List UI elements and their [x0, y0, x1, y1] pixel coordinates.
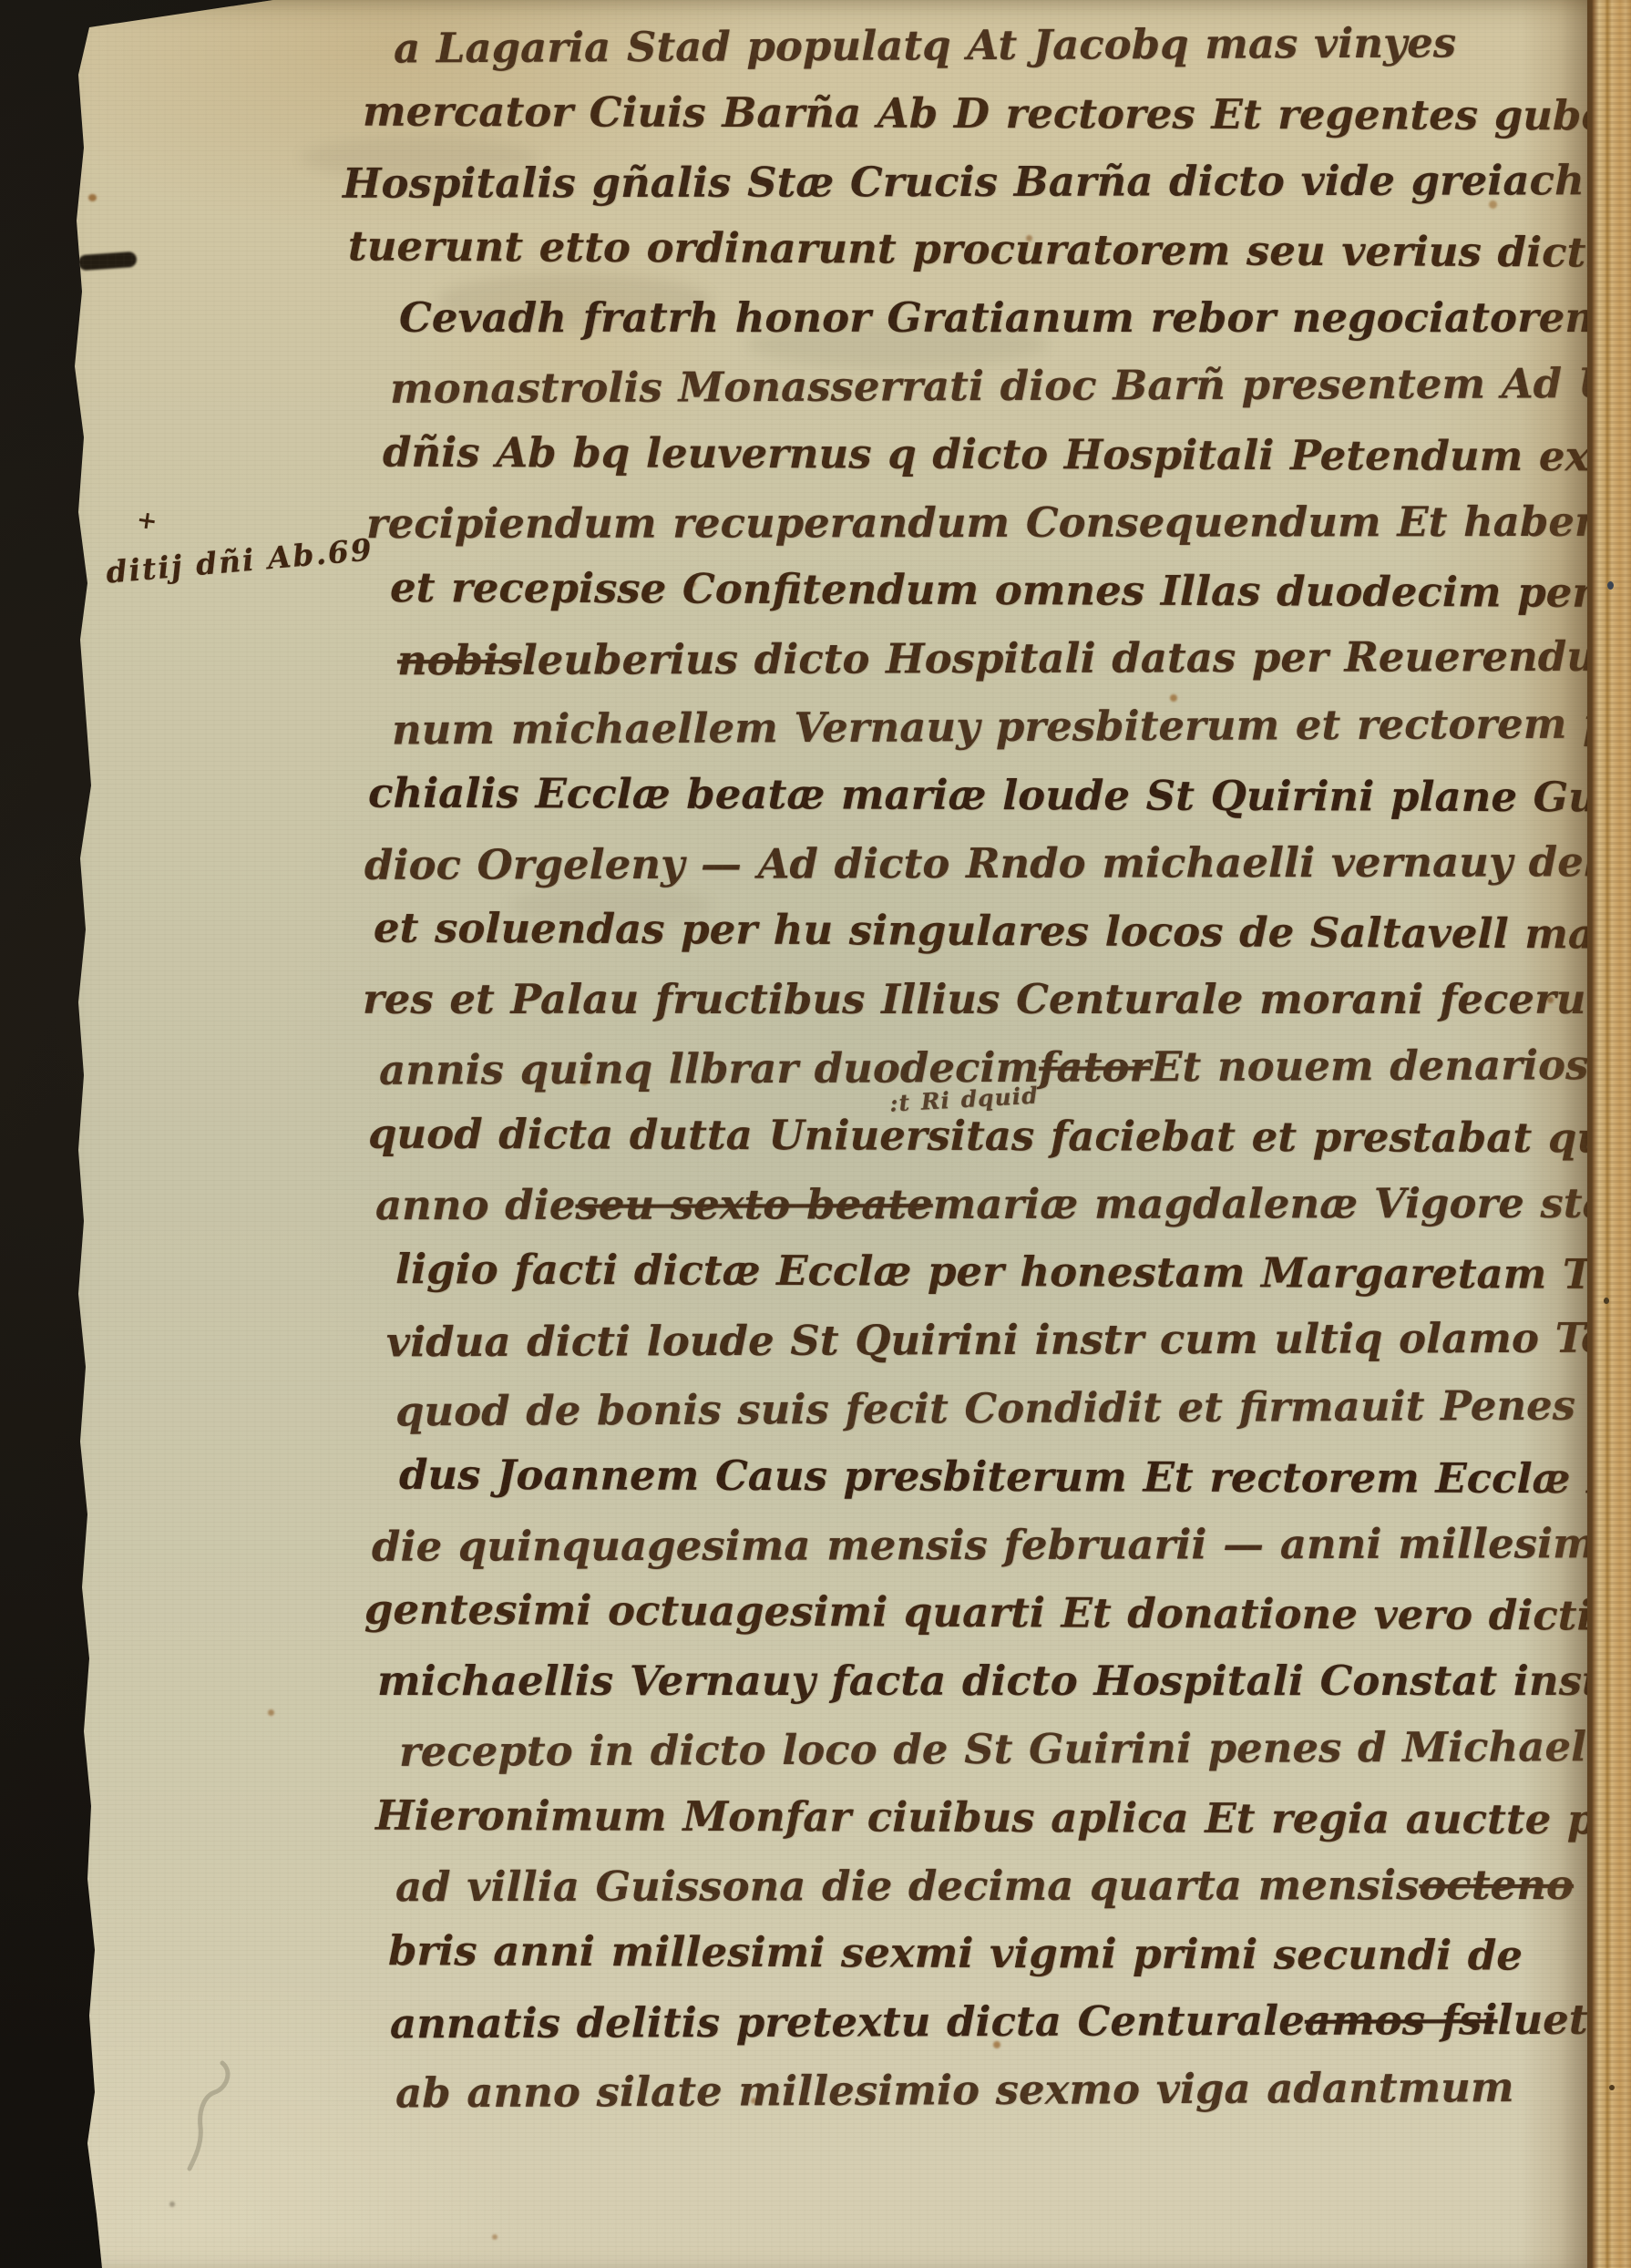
handwritten-text: chialis Ecclæ beatæ mariæ loude St Quiri…: [368, 768, 1631, 821]
manuscript-photo: { "document": { "margin_note": { "cross"…: [0, 0, 1631, 2268]
struck-text: seu sexto beate: [575, 1180, 932, 1229]
handwritten-text: dioc Orgeleny — Ad dicto Rndo michaelli …: [364, 836, 1631, 888]
margin-cross-mark: +: [135, 506, 159, 537]
stain-speck: [492, 2234, 498, 2240]
stain-speck: [88, 194, 97, 201]
text-line: bris anni millesimi sexmi vigmi primi se…: [388, 1916, 1604, 1990]
text-line: annatis delitis pretextu dicta Centurale…: [390, 1986, 1604, 2058]
handwritten-text: dus Joannem Caus presbiterum Et rectorem…: [399, 1450, 1631, 1503]
text-line: annis quinq llbrar duodecim fator Et nou…: [379, 1031, 1604, 1104]
text-line: monastrolis Monasserrati dioc Barñ prese…: [390, 349, 1604, 423]
text-line: et recepisse Confitendum omnes Illas duo…: [390, 553, 1604, 627]
handwritten-text: annatis delitis pretextu dicta Centurale: [390, 1996, 1305, 2048]
text-line: Cevadh fratrh honor Gratianum rebor nego…: [399, 283, 1604, 352]
text-line: ad villia Guissona die decima quarta men…: [395, 1850, 1604, 1920]
text-line: ab anno silate millesimio sexmo viga ada…: [395, 2052, 1604, 2127]
handwritten-text: vidua dicti loude St Quirini instr cum u…: [386, 1313, 1631, 1366]
handwritten-text: bris anni millesimi sexmi vigmi primi se…: [388, 1926, 1523, 1979]
ink-smear: [77, 251, 137, 271]
handwritten-text: leuberius dicto Hospitali datas per Reue…: [522, 631, 1631, 684]
text-line: quod de bonis suis fecit Condidit et fir…: [395, 1370, 1604, 1445]
text-line: quod dicta dutta Uniuersitas faciebat et…: [368, 1099, 1604, 1172]
text-line: a Lagaria Stad populatq At Jacobq mas vi…: [394, 8, 1604, 83]
manuscript-page: + ditij dñi Ab.69 a Lagaria Stad populat…: [0, 0, 1631, 2268]
text-line: num michaellem Vernauy presbiterum et re…: [392, 689, 1604, 764]
handwritten-text: michaellis Vernauy facta dicto Hospitali…: [377, 1657, 1631, 1705]
handwritten-text: gentesimi octuagesimi quarti Et donation…: [364, 1586, 1631, 1641]
page-block-fore-edge: [1587, 0, 1631, 2268]
text-line: die quinquagesima mensis februarii — ann…: [372, 1509, 1604, 1580]
text-line: michaellis Vernauy facta dicto Hospitali…: [377, 1647, 1604, 1715]
text-line: ligio facti dictæ Ecclæ per honestam Mar…: [395, 1235, 1604, 1308]
text-line: Hospitalis gñalis Stæ Crucis Barña dicto…: [343, 146, 1604, 217]
text-line: dñis Ab bq leuvernus q dicto Hospitali P…: [383, 417, 1604, 489]
handwritten-text: ad villia Guissona die decima quarta men…: [395, 1861, 1419, 1911]
fore-edge-speck: [1607, 581, 1614, 590]
fore-edge-speck: [1609, 2085, 1615, 2090]
handwritten-text: recipiendum recuperandum Consequendum Et…: [366, 497, 1631, 548]
handwritten-text: a Lagaria Stad populatq At Jacobq mas vi…: [394, 18, 1456, 72]
handwritten-text: ab anno silate millesimio sexmo viga ada…: [395, 2063, 1514, 2117]
struck-text: amos fsi: [1305, 1996, 1498, 2045]
text-line: dioc Orgeleny — Ad dicto Rndo michaelli …: [364, 827, 1604, 898]
handwritten-text: annis quinq llbrar duodecim: [379, 1043, 1039, 1094]
handwritten-text: Cevadh fratrh honor Gratianum rebor nego…: [399, 293, 1631, 342]
handwritten-text: tuerunt etto ordinarunt procuratorem seu…: [348, 222, 1631, 279]
handwritten-text: mercator Ciuis Barña Ab D rectores Et re…: [363, 87, 1631, 140]
margin-note: ditij dñi Ab.69: [105, 531, 374, 590]
text-line: gentesimi octuagesimi quarti Et donation…: [364, 1575, 1604, 1650]
text-line: anno die seu sexto beate mariæ magdalenæ…: [375, 1168, 1604, 1238]
handwritten-text: et soluendas per hu singulares locos de …: [374, 904, 1631, 960]
text-line: tuerunt etto ordinarunt procuratorem seu…: [348, 212, 1604, 287]
handwritten-text: die quinquagesima mensis februarii — ann…: [372, 1518, 1631, 1570]
fore-edge-speck: [1604, 1298, 1609, 1304]
handwritten-text: Hieronimum Monfar ciuibus aplica Et regi…: [375, 1791, 1631, 1843]
faint-scribble-mark: [179, 2056, 242, 2174]
handwritten-text: recepto in dicto loco de St Guirini pene…: [399, 1722, 1618, 1776]
text-line: recepto in dicto loco de St Guirini pene…: [399, 1712, 1604, 1786]
text-line: Hieronimum Monfar ciuibus aplica Et regi…: [375, 1781, 1604, 1853]
text-block: a Lagaria Stad populatq At Jacobq mas vi…: [355, 11, 1604, 2124]
struck-text: fator: [1039, 1042, 1151, 1092]
handwritten-text: quod dicta dutta Uniuersitas faciebat et…: [368, 1109, 1631, 1162]
handwritten-text: Hospitalis gñalis Stæ Crucis Barña dicto…: [343, 155, 1631, 207]
text-line: dus Joannem Caus presbiterum Et rectorem…: [399, 1440, 1604, 1512]
handwritten-text: anno die: [375, 1180, 576, 1228]
handwritten-text: et recepisse Confitendum omnes Illas duo…: [390, 563, 1631, 618]
handwritten-text: res et Palau fructibus Illius Centurale …: [363, 975, 1631, 1023]
text-line: nobis leuberius dicto Hospitali datas pe…: [397, 622, 1604, 694]
stain-speck: [169, 2201, 175, 2207]
handwritten-text: num michaellem Vernauy presbiterum et re…: [392, 699, 1631, 754]
text-line: recipiendum recuperandum Consequendum Et…: [366, 487, 1604, 557]
handwritten-text: ligio facti dictæ Ecclæ per honestam Mar…: [395, 1245, 1631, 1298]
text-line: mercator Ciuis Barña Ab D rectores Et re…: [363, 77, 1604, 149]
handwritten-text: quod de bonis suis fecit Condidit et fir…: [395, 1380, 1631, 1435]
handwritten-text: monastrolis Monasserrati dioc Barñ prese…: [390, 358, 1631, 413]
text-line: vidua dicti loude St Quirini instr cum u…: [386, 1304, 1604, 1376]
struck-text: nobis: [397, 636, 522, 684]
stain-speck: [268, 1709, 274, 1716]
handwritten-text: dñis Ab bq leuvernus q dicto Hospitali P…: [383, 427, 1631, 480]
text-line: et soluendas per hu singulares locos de …: [374, 894, 1604, 969]
gutter-crease-shadow: [1520, 0, 1591, 2268]
text-line: res et Palau fructibus Illius Centurale …: [363, 965, 1604, 1033]
text-line: chialis Ecclæ beatæ mariæ loude St Quiri…: [368, 758, 1604, 831]
